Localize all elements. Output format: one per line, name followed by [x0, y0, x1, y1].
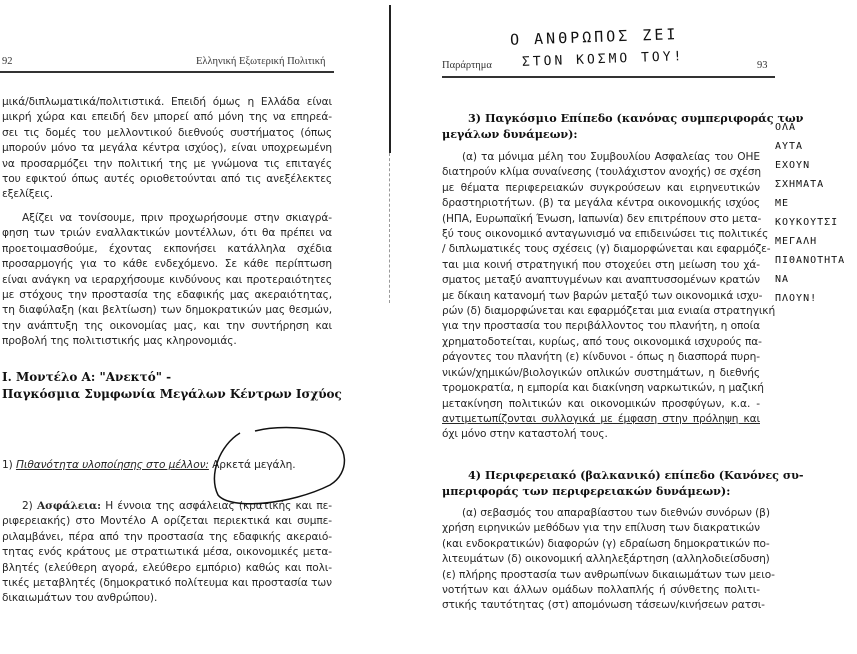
section-3-body: (α) τα μόνιμα μέλη του Συμβουλίου Ασφαλε…: [442, 150, 760, 443]
text-line: για την προστασία του περιβάλλοντος του …: [442, 319, 760, 334]
text-line: δικαιωμάτων του ανθρώπου).: [2, 591, 332, 606]
page-gutter-line-faded: [389, 153, 391, 303]
text-line: είναι ανάγκη να ιεραρχήσουμε κινδύνους κ…: [2, 273, 332, 288]
text-line: (ε) πλήρης προστασία των ανθρωπίνων δικα…: [442, 568, 760, 583]
text-line: προβολή της πολιτιστικής μας κληρονομιάς…: [2, 334, 332, 349]
text-line: (ΗΠΑ, Ευρωπαϊκή Ένωση, Ιαπωνία) δεν επιτ…: [442, 212, 760, 227]
text-line: τικές μεταβλητές (δημοκρατικό πολίτευμα …: [2, 576, 332, 591]
page-number-right: 93: [757, 60, 768, 71]
header-rule-right: [442, 76, 775, 78]
text-line: μικρή χώρα και επειδή δεν μπορεί από μόν…: [2, 110, 332, 125]
text-line: ρών (δ) διαμορφώνεται και εφαρμόζεται μι…: [442, 304, 760, 319]
page-gutter-line: [389, 5, 391, 153]
text-line: (α) σεβασμός του απαραβίαστου των διεθνώ…: [442, 506, 760, 521]
handwritten-note-top: ΣΤΟΝ ΚΟΣΜΟ ΤΟΥ!: [522, 49, 685, 70]
text-line: μετακίνηση πολιτικών και οικονομικών προ…: [442, 397, 760, 412]
running-head-right: Παράρτημα: [442, 60, 492, 71]
text-line: όχι μόνο στην καταστολή τους.: [442, 427, 760, 442]
running-head-left: Ελληνική Εξωτερική Πολιτική: [196, 56, 326, 67]
text-line: ριφερειακής) στο Μοντέλο Α ορίζεται περι…: [2, 514, 332, 529]
text-line: βλητές (ελεύθερη αγορά, ελεύθερο εμπόριο…: [2, 561, 332, 576]
item-2: 2) Ασφάλεια: Η έννοια της ασφάλειας (κρα…: [2, 499, 332, 607]
text-line: με δίκαιη κατανομή των βαρών μεταξύ των …: [442, 289, 760, 304]
text-line: (α) τα μόνιμα μέλη του Συμβουλίου Ασφαλε…: [442, 150, 760, 165]
section-heading-line: Παγκόσμια Συμφωνία Μεγάλων Κέντρων Ισχύο…: [2, 386, 342, 403]
text-line: εξελίξεις.: [2, 187, 332, 202]
section-3-heading: 3) Παγκόσμιο Επίπεδο (κανόνας συμπεριφορ…: [442, 110, 772, 142]
item-label: Ασφάλεια:: [37, 500, 101, 512]
text-line: διατηρούν κλίμα συναίνεσης (τουλάχιστον …: [442, 165, 760, 180]
text-line: δραστηριοτήτων. (β) τα μεγάλα κέντρα οικ…: [442, 196, 760, 211]
text-line: τρομοκρατία, η εμπορία και διακίνηση ναρ…: [442, 381, 760, 396]
text-line: με θέματα περιφερειακών συγκρούσεων και …: [442, 181, 760, 196]
text-line: σματος μεταξύ αναπτυγμένων και αναπτυσσο…: [442, 273, 760, 288]
text-line: μικά/διπλωματικά/πολιτιστικά. Επειδή όμω…: [2, 95, 332, 110]
left-page: 92 Ελληνική Εξωτερική Πολιτική μικά/διπλ…: [0, 0, 390, 654]
text-line: μπορούν μόνο τα μεγάλα κέντρα ισχύος), ε…: [2, 141, 332, 156]
text-line: χρήση ειρηνικών μεθόδων για την επίλυση …: [442, 521, 760, 536]
text-line: νικών/χημικών/βιολογικών οπλικών συστημά…: [442, 366, 760, 381]
text-line: του εφικτού όπως αυτές οριοθετούνται από…: [2, 172, 332, 187]
text-line: Αξίζει να τονίσουμε, πριν προχωρήσουμε σ…: [2, 211, 332, 226]
text-line: λιτευμάτων (δ) οικονομική αλληλεξάρτηση …: [442, 552, 760, 567]
text-line: ριλαμβάνει, πέρα από την προστασία της ε…: [2, 530, 332, 545]
text-line: αντιμετωπίζονται συλλογικά με έμφαση στη…: [442, 412, 760, 427]
text-line: τητας ενός κράτους με στρατιωτικά μέσα, …: [2, 545, 332, 560]
text-line: φηση των τριών εναλλακτικών μοντέλλων, ό…: [2, 226, 332, 241]
item-number: 1): [2, 459, 13, 471]
text-line: (και ενδοκρατικών) διαφορών (γ) εδραίωση…: [442, 537, 760, 552]
paragraph-2: Αξίζει να τονίσουμε, πριν προχωρήσουμε σ…: [2, 211, 332, 350]
text-line: προσαρμογής για το κάθε ενδεχόμενο. Σε κ…: [2, 257, 332, 272]
handwritten-note-top: Ο ΑΝΘΡΩΠΟΣ ΖΕΙ: [510, 25, 679, 49]
text-line: σει τις δομές του μελλοντικού διεθνούς σ…: [2, 126, 332, 141]
item-label: Πιθανότητα υλοποίησης στο μέλλον:: [16, 459, 209, 471]
item-number: 2): [22, 500, 33, 512]
text-line: με στόχους την προστασία της εδαφικής μα…: [2, 288, 332, 303]
text-line: χρηματοδοτείται, κυρίως, από τους οικονο…: [442, 335, 760, 350]
text-line: ράγοντες του πλανήτη (ε) κίνδυνοι - όπως…: [442, 350, 760, 365]
text-line: στικής ταυτότητας (στ) απομόνωση τάσεων/…: [442, 598, 760, 613]
paragraph-1: μικά/διπλωματικά/πολιτιστικά. Επειδή όμω…: [2, 95, 332, 203]
header-rule-left: [0, 71, 334, 73]
section-heading: Ι. Μοντέλο Α: "Ανεκτό" - Παγκόσμια Συμφω…: [2, 369, 342, 403]
text-line: / διπλωματικές τους σχέσεις (γ) διαμορφώ…: [442, 242, 760, 257]
handwritten-margin-note: ΟΛΑ ΑΥΤΑ ΕΧΟΥΝ ΣΧΗΜΑΤΑ ΜΕ ΚΟΥΚΟΥΤΣΙ ΜΕΓΑ…: [775, 118, 845, 308]
handdrawn-circle-annotation: [200, 425, 360, 515]
text-line: να προσαρμόζει την πολιτική της με γνώμο…: [2, 157, 332, 172]
text-line: την ανάπτυξη της οικονομίας μας, και την…: [2, 319, 332, 334]
section-4-heading: 4) Περιφερειακό (βαλκανικό) επίπεδο (Καν…: [442, 467, 772, 499]
page-number-left: 92: [2, 56, 13, 67]
right-page: Παράρτημα 93 Ο ΑΝΘΡΩΠΟΣ ΖΕΙ ΣΤΟΝ ΚΟΣΜΟ Τ…: [430, 0, 857, 654]
text-line: νοτήτων και άλλων ομάδων πολλαπλής ή σύν…: [442, 583, 760, 598]
section-heading-line: Ι. Μοντέλο Α: "Ανεκτό" -: [2, 369, 342, 386]
text-line: ται μια κοινή στρατηγική που στοχεύει στ…: [442, 258, 760, 273]
text-line: προετοιμασθούμε, έχοντας εκπονήσει κατάλ…: [2, 242, 332, 257]
text-line: ξύ τους οικονομικό ανταγωνισμό να επιδει…: [442, 227, 760, 242]
text-line: τη διαφύλαξη (και βελτίωση) των δημοκρατ…: [2, 303, 332, 318]
section-4-body: (α) σεβασμός του απαραβίαστου των διεθνώ…: [442, 506, 760, 614]
